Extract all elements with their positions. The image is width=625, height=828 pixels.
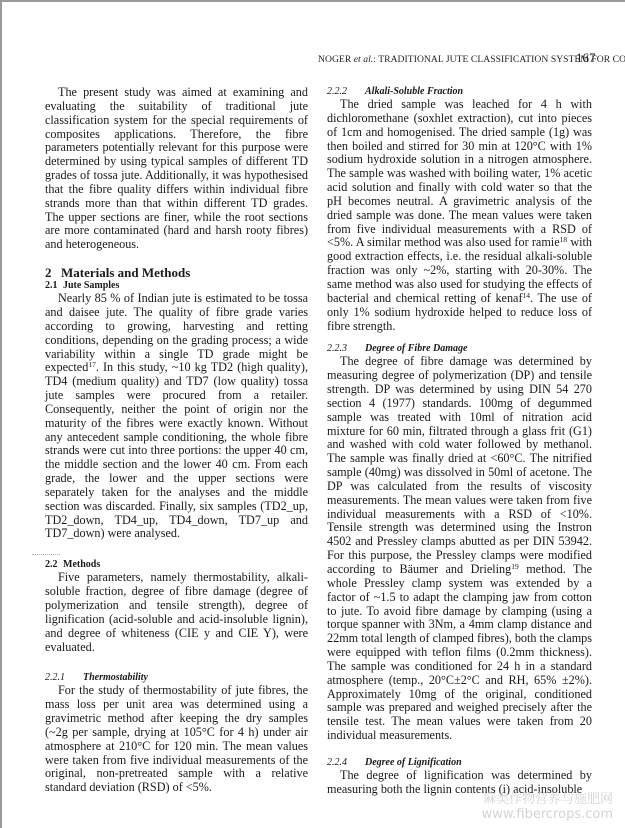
page-number: 167 — [576, 50, 596, 66]
alkali-soluble-paragraph: The dried sample was leached for 4 h wit… — [327, 98, 592, 333]
subsubsection-title: Alkali-Soluble Fraction — [365, 86, 463, 97]
watermark-line-2: www.fibercrops.com — [482, 807, 613, 822]
methods-paragraph: Five parameters, namely thermostability,… — [45, 571, 308, 654]
text-run: The dried sample was leached for 4 h wit… — [327, 97, 592, 249]
reference-marker: 14 — [523, 291, 531, 300]
watermark: 麻类作物营养与施肥网 www.fibercrops.com — [482, 792, 613, 822]
reference-marker: 18 — [560, 235, 568, 244]
spacer — [45, 654, 308, 672]
spacer — [327, 743, 592, 757]
subsection-title: Jute Samples — [63, 280, 119, 291]
header-etal: et al. — [354, 54, 373, 65]
section-heading-2: 2Materials and Methods — [45, 266, 308, 280]
text-run: method. The whole Pressley clamp system … — [327, 562, 592, 742]
jute-samples-paragraph: Nearly 85 % of Indian jute is estimated … — [45, 292, 308, 541]
reference-marker: 19 — [511, 562, 519, 571]
subsection-title: Methods — [63, 559, 100, 570]
left-column: The present study was aimed at examining… — [45, 86, 308, 795]
text-run: The degree of fibre damage was determine… — [327, 354, 592, 576]
section-title: Materials and Methods — [61, 265, 190, 280]
subsubsection-title: Degree of Fibre Damage — [365, 343, 467, 354]
reference-marker: 17 — [88, 360, 96, 369]
intro-paragraph: The present study was aimed at examining… — [45, 86, 308, 252]
scan-artifact-line — [32, 554, 60, 555]
subsubsection-title: Degree of Lignification — [365, 757, 462, 768]
spacer — [45, 541, 308, 559]
section-number: 2 — [45, 266, 61, 280]
subsubsection-title: Thermostability — [83, 672, 148, 683]
right-column: 2.2.2Alkali-Soluble Fraction The dried s… — [327, 86, 592, 797]
thermostability-paragraph: For the study of thermostability of jute… — [45, 684, 308, 795]
text-run: . In this study, ~10 kg TD2 (high qualit… — [45, 360, 308, 540]
fibre-damage-paragraph: The degree of fibre damage was determine… — [327, 355, 592, 743]
spacer — [327, 333, 592, 343]
watermark-line-1: 麻类作物营养与施肥网 — [482, 792, 613, 807]
header-author: NOGER — [318, 54, 351, 65]
